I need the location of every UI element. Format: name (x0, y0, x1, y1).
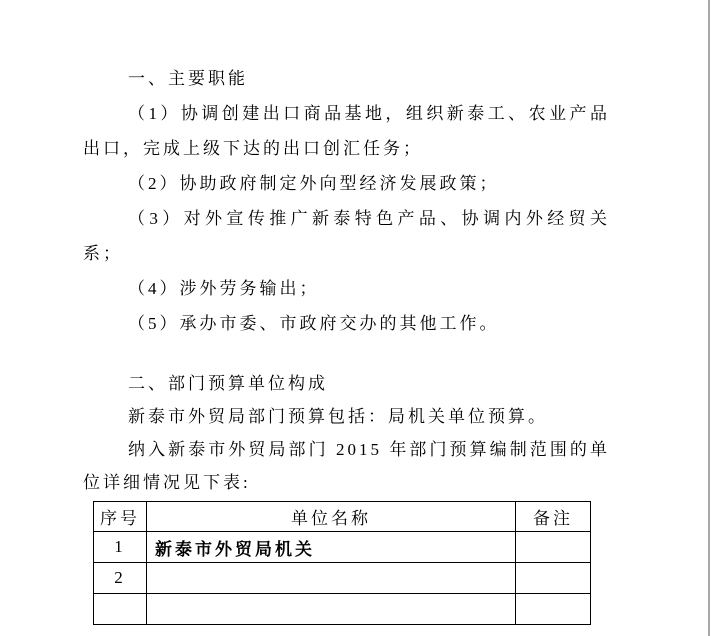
row1-remark-cell (516, 532, 591, 563)
row2-number-cell: 2 (94, 563, 147, 594)
row3-unit-name-cell (147, 594, 516, 625)
section1-item-1: （1）协调创建出口商品基地，组织新泰工、农业产品出口，完成上级下达的出口创汇任务… (83, 96, 610, 166)
section-main-functions: 一、主要职能 （1）协调创建出口商品基地，组织新泰工、农业产品出口，完成上级下达… (83, 61, 610, 341)
section1-item-5: （5）承办市委、市政府交办的其他工作。 (83, 306, 610, 341)
document-content: 一、主要职能 （1）协调创建出口商品基地，组织新泰工、农业产品出口，完成上级下达… (83, 61, 610, 625)
row3-remark-cell (516, 594, 591, 625)
unit-table-container: 序号 单位名称 备注 1 新泰市外贸局机关 2 (93, 501, 610, 625)
section1-item-3: （3）对外宣传推广新泰特色产品、协调内外经贸关系； (83, 201, 610, 271)
row1-unit-name-cell: 新泰市外贸局机关 (147, 532, 516, 563)
unit-table: 序号 单位名称 备注 1 新泰市外贸局机关 2 (93, 501, 591, 625)
section2-heading: 二、部门预算单位构成 (83, 367, 610, 400)
row1-number-cell: 1 (94, 532, 147, 563)
page-edge-line (708, 0, 710, 636)
section1-item-4: （4）涉外劳务输出； (83, 271, 610, 306)
header-cell-remark: 备注 (516, 502, 591, 532)
row2-unit-name-cell (147, 563, 516, 594)
section1-heading: 一、主要职能 (83, 61, 610, 96)
row3-number-cell (94, 594, 147, 625)
header-cell-unit-name: 单位名称 (147, 502, 516, 532)
table-row: 1 新泰市外贸局机关 (94, 532, 591, 563)
document-page: 一、主要职能 （1）协调创建出口商品基地，组织新泰工、农业产品出口，完成上级下达… (0, 0, 714, 636)
table-header-row: 序号 单位名称 备注 (94, 502, 591, 532)
section-budget-units: 二、部门预算单位构成 新泰市外贸局部门预算包括：局机关单位预算。 纳入新泰市外贸… (83, 367, 610, 499)
row2-remark-cell (516, 563, 591, 594)
table-row: 2 (94, 563, 591, 594)
table-row (94, 594, 591, 625)
section2-paragraph-2: 纳入新泰市外贸局部门 2015 年部门预算编制范围的单位详细情况见下表: (83, 433, 610, 499)
header-cell-number: 序号 (94, 502, 147, 532)
section1-item-2: （2）协助政府制定外向型经济发展政策； (83, 166, 610, 201)
section2-paragraph-1: 新泰市外贸局部门预算包括：局机关单位预算。 (83, 400, 610, 433)
